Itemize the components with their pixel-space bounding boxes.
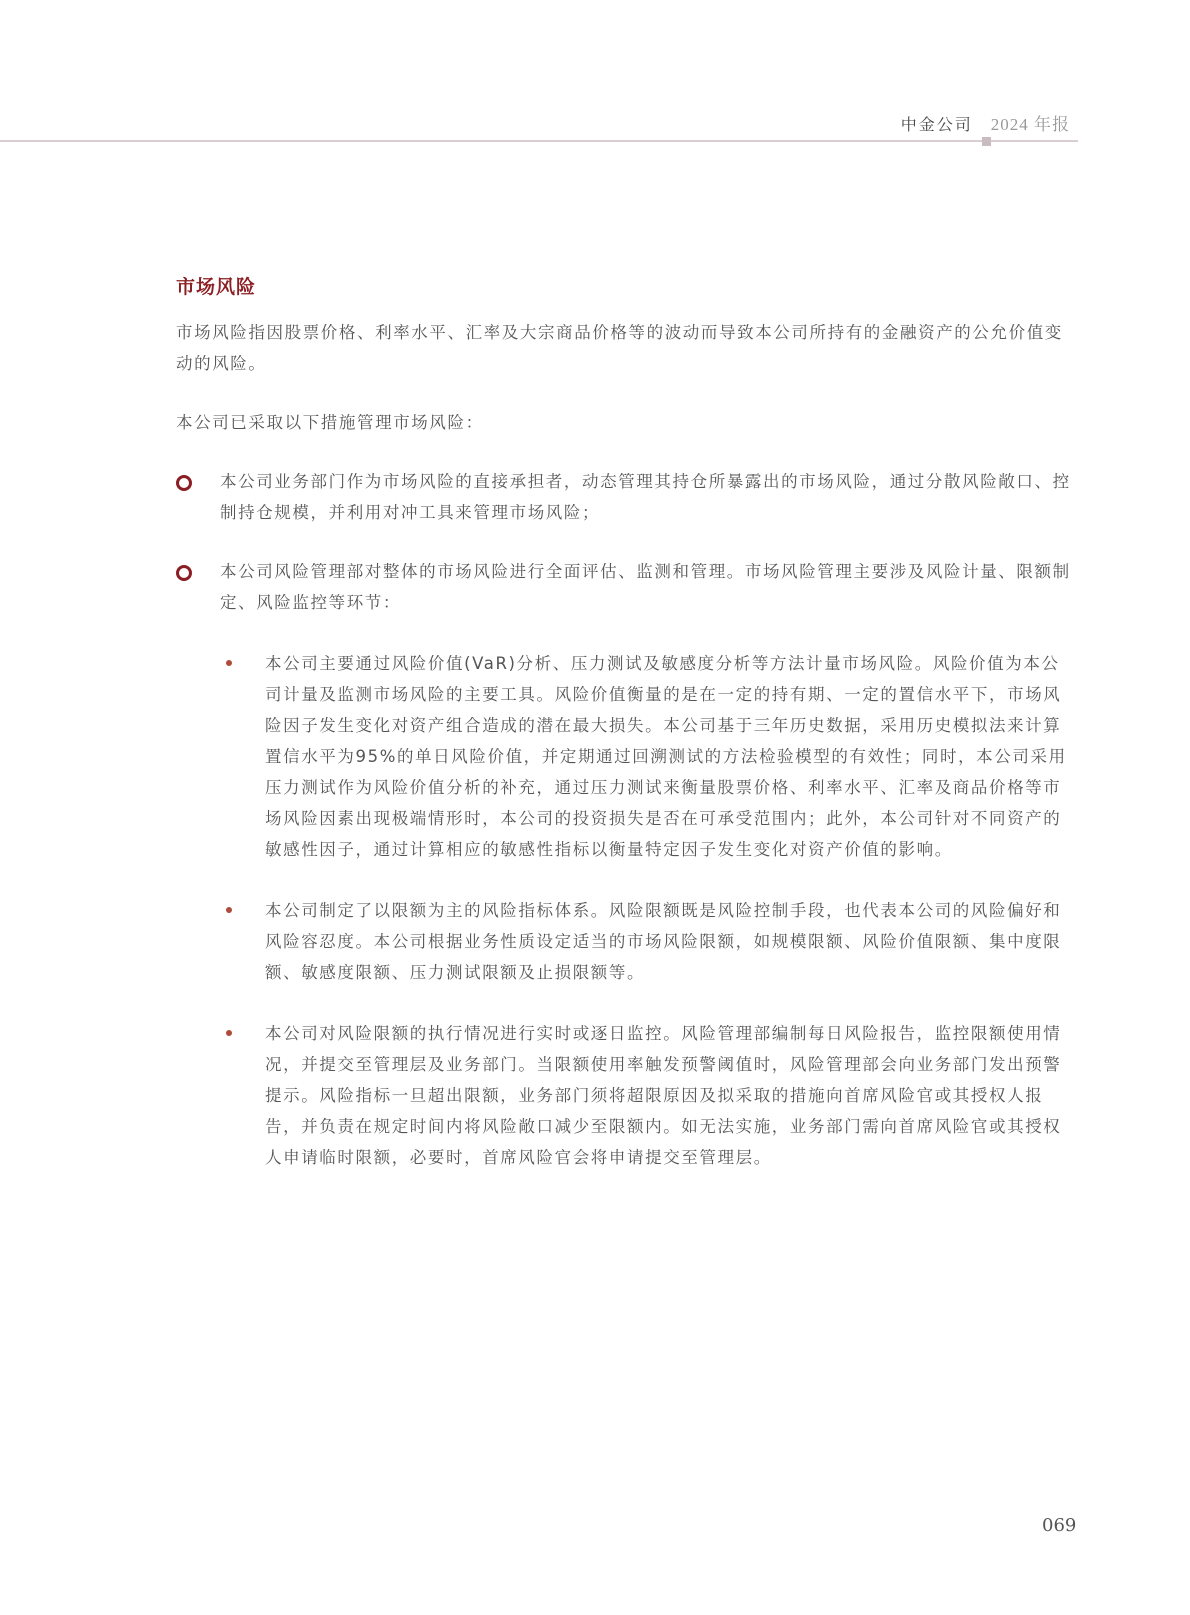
dot-bullet-icon <box>226 660 232 666</box>
dot-bullet-icon <box>226 1030 232 1036</box>
measure-text: 本公司业务部门作为市场风险的直接承担者，动态管理其持仓所暴露出的市场风险，通过分… <box>220 466 1072 528</box>
sub-measure-item: 本公司制定了以限额为主的风险指标体系。风险限额既是风险控制手段，也代表本公司的风… <box>176 895 1072 988</box>
sub-measure-text: 本公司对风险限额的执行情况进行实时或逐日监控。风险管理部编制每日风险报告，监控限… <box>265 1018 1072 1173</box>
header-rule <box>0 140 1078 142</box>
main-content: 市场风险 市场风险指因股票价格、利率水平、汇率及大宗商品价格等的波动而导致本公司… <box>176 272 1072 1173</box>
sub-measure-item: 本公司主要通过风险价值(VaR)分析、压力测试及敏感度分析等方法计量市场风险。风… <box>176 648 1072 865</box>
measure-text: 本公司风险管理部对整体的市场风险进行全面评估、监测和管理。市场风险管理主要涉及风… <box>220 556 1072 618</box>
page-number: 069 <box>1042 1515 1076 1536</box>
dot-bullet-icon <box>226 907 232 913</box>
section-title: 市场风险 <box>176 272 1072 299</box>
measure-item: 本公司业务部门作为市场风险的直接承担者，动态管理其持仓所暴露出的市场风险，通过分… <box>176 466 1072 528</box>
intro-paragraph: 市场风险指因股票价格、利率水平、汇率及大宗商品价格等的波动而导致本公司所持有的金… <box>176 317 1072 379</box>
lead-paragraph: 本公司已采取以下措施管理市场风险： <box>176 407 1072 438</box>
measure-item: 本公司风险管理部对整体的市场风险进行全面评估、监测和管理。市场风险管理主要涉及风… <box>176 556 1072 618</box>
ring-bullet-icon <box>176 565 192 581</box>
running-header: 中金公司 2024 年报 <box>901 110 1070 135</box>
sub-measure-text: 本公司制定了以限额为主的风险指标体系。风险限额既是风险控制手段，也代表本公司的风… <box>265 895 1072 988</box>
company-name: 中金公司 <box>901 112 973 135</box>
sub-measure-text: 本公司主要通过风险价值(VaR)分析、压力测试及敏感度分析等方法计量市场风险。风… <box>265 648 1072 865</box>
report-title: 2024 年报 <box>991 110 1070 135</box>
sub-measure-item: 本公司对风险限额的执行情况进行实时或逐日监控。风险管理部编制每日风险报告，监控限… <box>176 1018 1072 1173</box>
header-square-marker <box>982 137 991 146</box>
ring-bullet-icon <box>176 475 192 491</box>
